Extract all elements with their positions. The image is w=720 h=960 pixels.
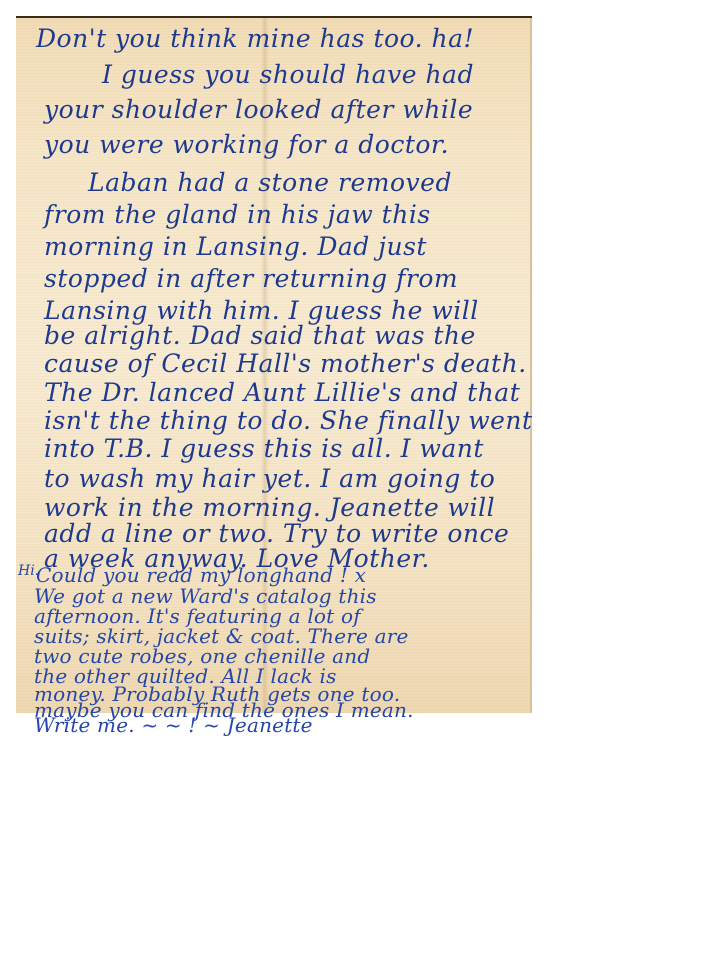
letter-line: cause of Cecil Hall's mother's death.: [44, 349, 527, 379]
letter-line: be alright. Dad said that was the: [44, 321, 476, 351]
letter-line: into T.B. I guess this is all. I want: [44, 434, 484, 464]
letter-line: to wash my hair yet. I am going to: [44, 464, 495, 494]
letter-line: stopped in after returning from: [44, 264, 458, 294]
letter-line: morning in Lansing. Dad just: [44, 232, 427, 262]
letter-line: from the gland in his jaw this: [44, 200, 431, 230]
letter-page: Don't you think mine has too. ha! I gues…: [16, 16, 532, 713]
letter-line: I guess you should have had: [102, 60, 474, 90]
letter-line: Could you read my longhand ! x: [36, 564, 366, 586]
letter-line: you were working for a doctor.: [44, 130, 449, 160]
letter-line: Laban had a stone removed: [88, 168, 452, 198]
letter-signature-jeanette: Write me. ~ ~ ! ~ Jeanette: [34, 714, 313, 736]
letter-line: your shoulder looked after while: [44, 95, 473, 125]
letter-line: isn't the thing to do. She finally went: [44, 406, 533, 436]
letter-line: Don't you think mine has too. ha!: [36, 24, 474, 54]
letter-line: The Dr. lanced Aunt Lillie's and that: [44, 378, 520, 408]
